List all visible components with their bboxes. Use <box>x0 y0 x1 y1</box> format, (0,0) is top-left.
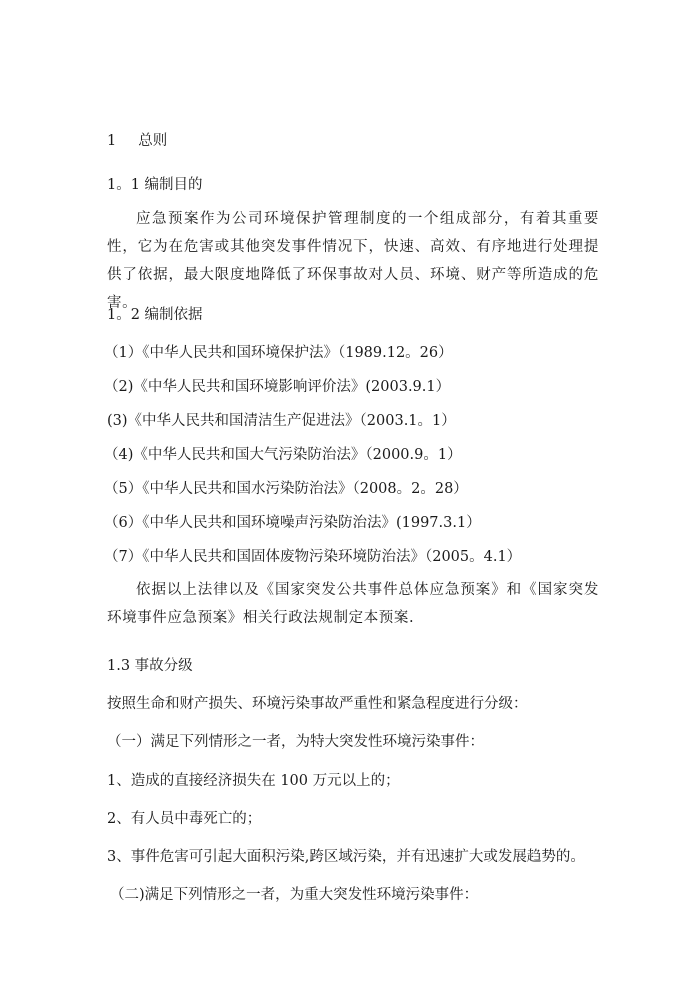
law-item-3: (3)《中华人民共和国清洁生产促进法》（2003.1。1） <box>107 411 599 431</box>
classification-intro: 按照生命和财产损失、环境污染事故严重性和紧急程度进行分级： <box>107 694 599 714</box>
subsection-heading-1-2: 1。2 编制依据 <box>107 305 599 325</box>
section-title: 总则 <box>138 133 167 149</box>
law-item-5: （5）《中华人民共和国水污染防治法》（2008。2。28） <box>104 479 596 499</box>
purpose-paragraph: 应急预案作为公司环境保护管理制度的一个组成部分，有着其重要性，它为在危害或其他突… <box>107 205 599 317</box>
document-page: 1 总则 1。1 编制目的 应急预案作为公司环境保护管理制度的一个组成部分，有着… <box>0 0 700 990</box>
law-item-1: （1）《中华人民共和国环境保护法》（1989.12。26） <box>104 343 596 363</box>
level-1-item-2: 2、有人员中毒死亡的； <box>107 809 599 829</box>
basis-paragraph: 依据以上法律以及《国家突发公共事件总体应急预案》和《国家突发环境事件应急预案》相… <box>107 576 599 632</box>
law-item-4: （4)《中华人民共和国大气污染防治法》（2000.9。1） <box>104 445 596 465</box>
section-heading-1: 1 总则 <box>107 131 599 151</box>
level-1-title: （一）满足下列情形之一者，为特大突发性环境污染事件： <box>107 732 599 752</box>
section-number: 1 <box>107 131 129 151</box>
level-1-item-3: 3、事件危害可引起大面积污染,跨区域污染，并有迅速扩大或发展趋势的。 <box>107 847 599 867</box>
subsection-heading-1-1: 1。1 编制目的 <box>107 175 599 195</box>
law-item-7: （7）《中华人民共和国固体废物污染环境防治法》（2005。4.1） <box>104 547 596 567</box>
law-item-6: （6）《中华人民共和国环境噪声污染防治法》(1997.3.1） <box>104 513 596 533</box>
law-item-2: （2)《中华人民共和国环境影响评价法》(2003.9.1） <box>104 377 596 397</box>
level-2-title: （二)满足下列情形之一者，为重大突发性环境污染事件： <box>110 885 602 905</box>
level-1-item-1: 1、造成的直接经济损失在 100 万元以上的； <box>107 771 599 791</box>
subsection-heading-1-3: 1.3 事故分级 <box>107 656 599 676</box>
